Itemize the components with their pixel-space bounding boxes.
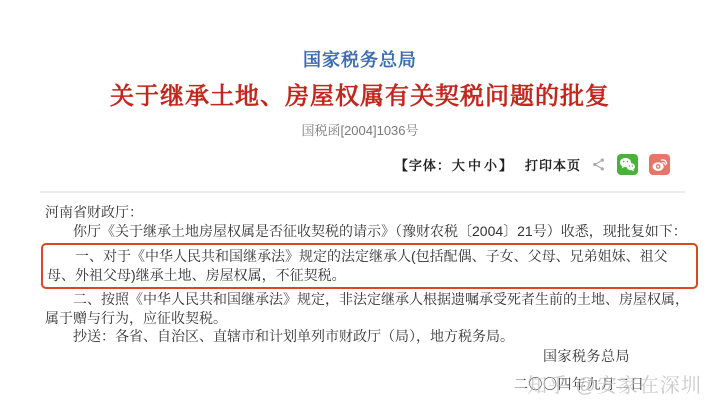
cc-paragraph: 抄送：各省、自治区、直辖市和计划单列市财政厅（局），地方税务局。 [45, 327, 692, 346]
intro-paragraph: 你厅《关于继承土地房屋权属是否征收契税的请示》（豫财农税〔2004〕21号）收悉… [45, 222, 692, 241]
document-number: 国税函[2004]1036号 [0, 120, 720, 139]
salutation: 河南省财政厅： [45, 203, 692, 222]
toolbar: 【字体：大中小】 打印本页 [395, 153, 670, 175]
font-label-open: 【字体： [395, 158, 451, 173]
document-body: 河南省财政厅： 你厅《关于继承土地房屋权属是否征收契税的请示》（豫财农税〔200… [45, 203, 692, 346]
document-page: 国家税务总局 关于继承土地、房屋权属有关契税问题的批复 国税函[2004]103… [0, 0, 720, 411]
font-size-medium[interactable]: 中 [468, 158, 482, 173]
signature: 国家税务总局 [543, 346, 630, 366]
agency-name: 国家税务总局 [0, 46, 720, 72]
issue-date: 二〇〇四年九月二日 [514, 374, 645, 394]
font-label-close: 】 [499, 158, 513, 173]
font-size-large[interactable]: 大 [452, 158, 466, 173]
content-divider [40, 191, 685, 193]
font-size-small[interactable]: 小 [484, 158, 498, 173]
weibo-share-icon[interactable] [649, 154, 670, 175]
highlight-annotation-box: 一、对于《中华人民共和国继承法》规定的法定继承人(包括配偶、子女、父母、兄弟姐妹… [41, 243, 698, 289]
page-title: 关于继承土地、房屋权属有关契税问题的批复 [0, 76, 720, 111]
print-page-button[interactable]: 打印本页 [525, 155, 581, 174]
share-icon[interactable] [591, 157, 606, 172]
wechat-share-icon[interactable] [617, 154, 638, 175]
font-size-control: 【字体：大中小】 [395, 155, 513, 174]
item2-paragraph: 二、按照《中华人民共和国继承法》规定，非法定继承人根据遗嘱承受死者生前的土地、房… [45, 290, 692, 327]
item1-paragraph: 一、对于《中华人民共和国继承法》规定的法定继承人(包括配偶、子女、父母、兄弟姐妹… [47, 247, 688, 284]
